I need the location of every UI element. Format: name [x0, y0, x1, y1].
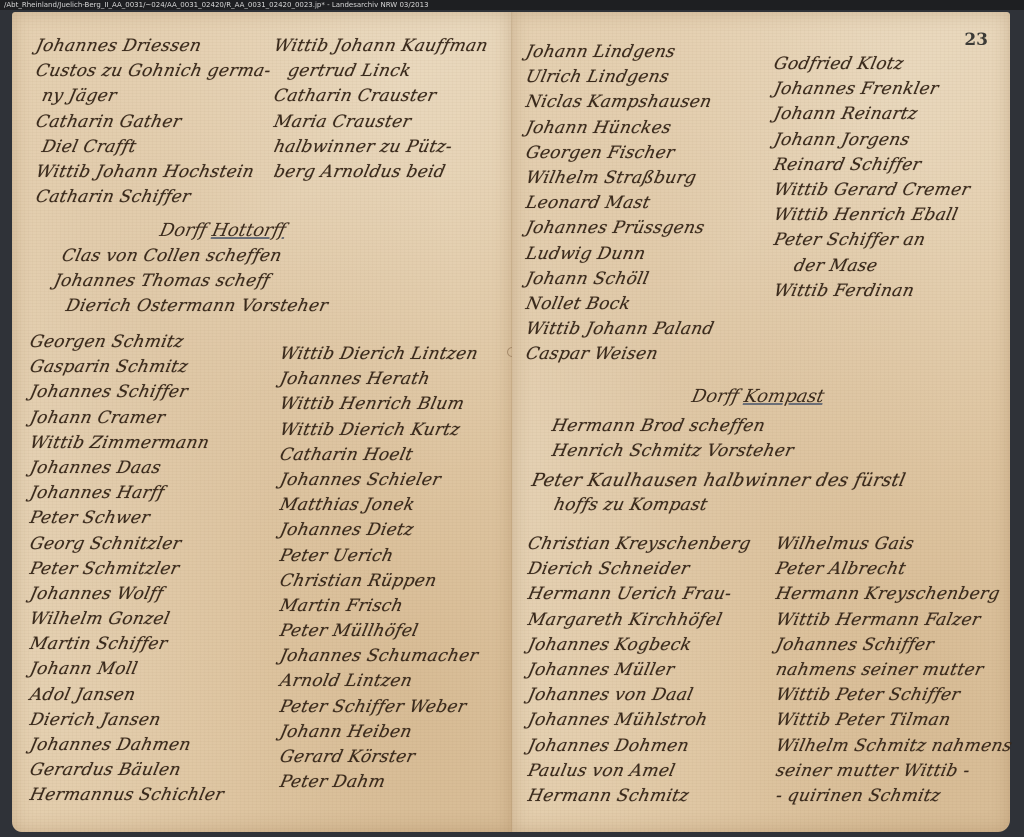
list-item: Wittib Zimmermann — [27, 431, 226, 456]
left-officials: Clas von Collen scheffen Johannes Thomas… — [54, 244, 328, 320]
section-heading-hottorff: Dorff Hottorff — [158, 220, 288, 241]
list-item: Wittib Henrich Blum — [277, 392, 480, 417]
list-item: Johannes Wolff — [27, 582, 226, 607]
list-item: Johann Lindgens — [523, 40, 716, 65]
list-item: Reinard Schiffer — [771, 153, 972, 178]
list-item: Peter Schiffer Weber — [277, 695, 480, 720]
list-item: Peter Albrecht — [773, 557, 1014, 582]
right-col2-bottom: Wilhelmus Gais Peter Albrecht Hermann Kr… — [776, 532, 1012, 809]
list-item: Wittib Hermann Falzer — [773, 608, 1014, 633]
list-item: Wittib Johann Hochstein — [33, 160, 273, 185]
list-item: Johannes von Daal — [525, 683, 753, 708]
list-item: Johann Reinartz — [771, 102, 972, 127]
list-item: Johann Heiben — [277, 720, 480, 745]
list-item: Peter Schwer — [27, 506, 226, 531]
heading-place: Kompast — [742, 386, 826, 407]
list-item: Wittib Peter Tilman — [773, 708, 1014, 733]
list-item: Peter Müllhöfel — [277, 619, 480, 644]
list-item: Johannes Harff — [27, 481, 226, 506]
official-line: Henrich Schmitz Vorsteher — [549, 439, 796, 464]
list-item: Dierich Jansen — [27, 708, 226, 733]
list-item: Johannes Dohmen — [525, 734, 753, 759]
list-item: Johannes Kogbeck — [525, 633, 753, 658]
long-line: Peter Kaulhausen halbwinner des fürstl — [529, 468, 908, 493]
long-line: hoffs zu Kompast — [529, 493, 908, 518]
list-item: Leonard Mast — [523, 191, 716, 216]
list-item: Hermann Uerich Frau- — [525, 582, 753, 607]
list-item: Peter Schmitzler — [27, 557, 226, 582]
list-item: Johannes Schiffer — [27, 380, 226, 405]
list-item: Adol Jansen — [27, 683, 226, 708]
section-heading-kompast: Dorff Kompast — [690, 386, 826, 407]
list-item: Wilhelm Straßburg — [523, 166, 716, 191]
list-item: Johannes Frenkler — [771, 77, 972, 102]
list-item: Gerardus Bäulen — [27, 758, 226, 783]
list-item: der Mase — [771, 254, 972, 279]
list-item: Peter Uerich — [277, 544, 480, 569]
left-col1-bottom: Georgen Schmitz Gasparin Schmitz Johanne… — [30, 330, 224, 809]
list-item: Johannes Driessen — [33, 34, 273, 59]
list-item: Catharin Crauster — [271, 84, 490, 109]
list-item: Caspar Weisen — [523, 342, 716, 367]
list-item: Johannes Schieler — [277, 468, 480, 493]
left-page: Johannes Driessen Custos zu Gohnich germ… — [12, 12, 512, 832]
list-item: Gasparin Schmitz — [27, 355, 226, 380]
list-item: Wittib Johann Kauffman — [271, 34, 490, 59]
list-item: Johannes Herath — [277, 367, 480, 392]
list-item: Peter Schiffer an — [771, 228, 972, 253]
list-item: Gerard Körster — [277, 745, 480, 770]
list-item: Hermann Schmitz — [525, 784, 753, 809]
left-col2-top: Wittib Johann Kauffman gertrud Linck Cat… — [274, 34, 488, 185]
heading-prefix: Dorff — [158, 220, 209, 241]
left-col1-top: Johannes Driessen Custos zu Gohnich germ… — [36, 34, 270, 210]
right-officials: Hermann Brod scheffen Henrich Schmitz Vo… — [552, 414, 793, 464]
heading-prefix: Dorff — [690, 386, 741, 407]
list-item: Ulrich Lindgens — [523, 65, 716, 90]
list-item: Wilhelm Gonzel — [27, 607, 226, 632]
window-title-bar: /Abt_Rheinland/Juelich-Berg_II_AA_0031/~… — [0, 0, 1024, 10]
list-item: Wilhelmus Gais — [773, 532, 1014, 557]
page-number: 23 — [964, 30, 988, 50]
list-item: Martin Schiffer — [27, 632, 226, 657]
list-item: Johannes Schumacher — [277, 644, 480, 669]
list-item: Arnold Lintzen — [277, 669, 480, 694]
list-item: Margareth Kirchhöfel — [525, 608, 753, 633]
heading-place: Hottorff — [210, 220, 288, 241]
list-item: Johann Jorgens — [771, 128, 972, 153]
list-item: seiner mutter Wittib - — [773, 759, 1014, 784]
list-item: Johann Cramer — [27, 406, 226, 431]
list-item: ny Jäger — [33, 84, 273, 109]
list-item: Catharin Gather — [33, 110, 273, 135]
list-item: Diel Crafft — [33, 135, 273, 160]
list-item: Christian Kreyschenberg — [525, 532, 753, 557]
list-item: Johann Hünckes — [523, 116, 716, 141]
list-item: Custos zu Gohnich germa- — [33, 59, 273, 84]
list-item: Hermann Kreyschenberg — [773, 582, 1014, 607]
list-item: Paulus von Amel — [525, 759, 753, 784]
official-line: Clas von Collen scheffen — [51, 244, 330, 269]
list-item: nahmens seiner mutter — [773, 658, 1014, 683]
list-item: Wittib Dierich Lintzen — [277, 342, 480, 367]
right-col1-top: Johann Lindgens Ulrich Lindgens Niclas K… — [526, 40, 714, 367]
list-item: Christian Rüppen — [277, 569, 480, 594]
list-item: Johannes Dahmen — [27, 733, 226, 758]
list-item: Johannes Müller — [525, 658, 753, 683]
right-long-lines: Peter Kaulhausen halbwinner des fürstl h… — [532, 468, 905, 518]
left-col2-bottom: Wittib Dierich Lintzen Johannes Herath W… — [280, 342, 478, 795]
list-item: Ludwig Dunn — [523, 242, 716, 267]
list-item: Wittib Ferdinan — [771, 279, 972, 304]
scan-viewport[interactable]: Johannes Driessen Custos zu Gohnich germ… — [0, 10, 1024, 837]
list-item: Niclas Kampshausen — [523, 90, 716, 115]
list-item: Catharin Hoelt — [277, 443, 480, 468]
list-item: Johannes Schiffer — [773, 633, 1014, 658]
list-item: - quirinen Schmitz — [773, 784, 1014, 809]
list-item: Johann Schöll — [523, 267, 716, 292]
list-item: Wittib Gerard Cremer — [771, 178, 972, 203]
official-line: Johannes Thomas scheff — [51, 269, 330, 294]
list-item: Nollet Bock — [523, 292, 716, 317]
list-item: Wilhelm Schmitz nahmens — [773, 734, 1014, 759]
list-item: Catharin Schiffer — [33, 185, 273, 210]
list-item: Maria Crauster — [271, 110, 490, 135]
list-item: Godfried Klotz — [771, 52, 972, 77]
list-item: berg Arnoldus beid — [271, 160, 490, 185]
list-item: Wittib Dierich Kurtz — [277, 418, 480, 443]
list-item: Georg Schnitzler — [27, 532, 226, 557]
list-item: Johannes Mühlstroh — [525, 708, 753, 733]
right-col1-bottom: Christian Kreyschenberg Dierich Schneide… — [528, 532, 751, 809]
list-item: Peter Dahm — [277, 770, 480, 795]
list-item: halbwinner zu Pütz- — [271, 135, 490, 160]
list-item: Johannes Dietz — [277, 518, 480, 543]
list-item: Wittib Johann Paland — [523, 317, 716, 342]
list-item: Johann Moll — [27, 657, 226, 682]
list-item: Hermannus Schichler — [27, 783, 226, 808]
list-item: Georgen Schmitz — [27, 330, 226, 355]
right-col2-top: Godfried Klotz Johannes Frenkler Johann … — [774, 52, 970, 304]
window-title: /Abt_Rheinland/Juelich-Berg_II_AA_0031/~… — [4, 1, 429, 9]
list-item: Dierich Schneider — [525, 557, 753, 582]
list-item: Wittib Peter Schiffer — [773, 683, 1014, 708]
list-item: Johannes Prüssgens — [523, 216, 716, 241]
list-item: Martin Frisch — [277, 594, 480, 619]
list-item: Wittib Henrich Eball — [771, 203, 972, 228]
right-page: 23 Johann Lindgens Ulrich Lindgens Nicla… — [512, 12, 1010, 832]
list-item: Matthias Jonek — [277, 493, 480, 518]
official-line: Dierich Ostermann Vorsteher — [51, 294, 330, 319]
official-line: Hermann Brod scheffen — [549, 414, 796, 439]
list-item: Georgen Fischer — [523, 141, 716, 166]
list-item: gertrud Linck — [271, 59, 490, 84]
list-item: Johannes Daas — [27, 456, 226, 481]
